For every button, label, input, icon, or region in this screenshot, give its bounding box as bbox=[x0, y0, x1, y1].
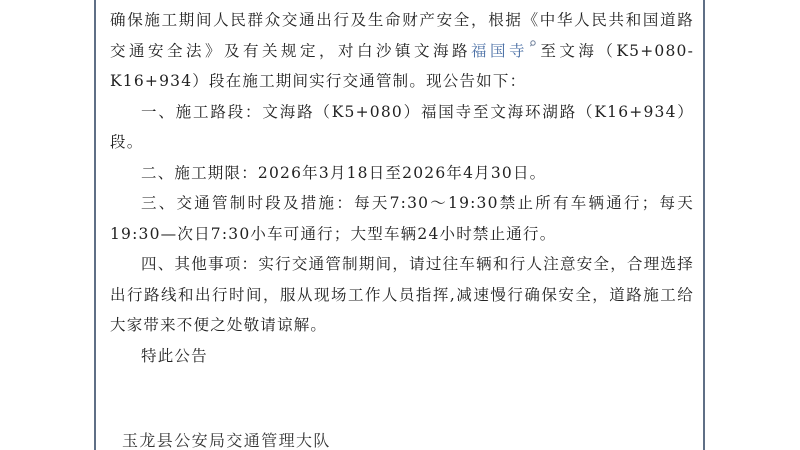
item-construction-period: 二、施工期限：2026年3月18日至2026年4月30日。 bbox=[110, 158, 694, 189]
item-construction-section: 一、施工路段：文海路（K5+080）福国寺至文海环湖路（K16+934）段。 bbox=[110, 97, 694, 158]
issuer-signature: 玉龙县公安局交通管理大队 bbox=[122, 428, 331, 450]
search-icon[interactable] bbox=[530, 40, 537, 50]
closing-statement: 特此公告 bbox=[110, 341, 694, 372]
notice-body: 确保施工期间人民群众交通出行及生命财产安全，根据《中华人民共和国道路交通安全法》… bbox=[110, 5, 694, 371]
item-other-matters: 四、其他事项：实行交通管制期间，请过往车辆和行人注意安全，合理选择出行路线和出行… bbox=[110, 249, 694, 341]
page: 确保施工期间人民群众交通出行及生命财产安全，根据《中华人民共和国道路交通安全法》… bbox=[0, 0, 800, 450]
place-link-fuguo-temple[interactable]: 福国寺 bbox=[471, 42, 528, 60]
item-traffic-control-measures: 三、交通管制时段及措施：每天7:30～19:30禁止所有车辆通行；每天19:30… bbox=[110, 188, 694, 249]
intro-paragraph: 确保施工期间人民群众交通出行及生命财产安全，根据《中华人民共和国道路交通安全法》… bbox=[110, 5, 694, 97]
